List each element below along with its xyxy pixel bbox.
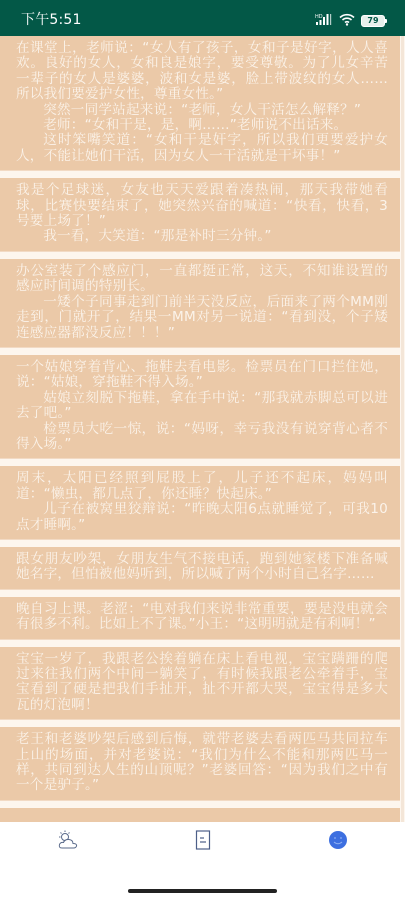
joke-paragraph: 我一看，大笑道：“那是补时三分钟。” (16, 229, 388, 244)
document-icon (195, 830, 211, 854)
wifi-icon (339, 11, 355, 30)
nav-smile[interactable] (318, 824, 358, 860)
joke-paragraph: 一个姑娘穿着背心、拖鞋去看电影。检票员在门口拦住她，说：“姑娘，穿拖鞋不得入场。… (16, 360, 388, 391)
joke-feed[interactable]: 在课堂上，老师说：“女人有了孩子，女和子是好字，人人喜欢。良好的女人，女和良是娘… (0, 36, 405, 822)
joke-card[interactable]: 宝宝一岁了，我跟老公挨着躺在床上看电视，宝宝蹒跚的爬过来往我们两个中间一躺笑了，… (0, 647, 400, 721)
battery-icon: 79 (361, 15, 385, 27)
weather-icon (57, 830, 79, 854)
joke-paragraph: 突然一同学站起来说：“老师，女人干活怎么解释？” (16, 103, 388, 118)
svg-text:HD: HD (315, 14, 323, 20)
joke-paragraph: 在课堂上，老师说：“女人有了孩子，女和子是好字，人人喜欢。良好的女人，女和良是娘… (16, 41, 388, 103)
nav-weather[interactable] (48, 824, 88, 860)
joke-card[interactable]: 一个姑娘穿着背心、拖鞋去看电影。检票员在门口拦住她，说：“姑娘，穿拖鞋不得入场。… (0, 355, 400, 459)
joke-paragraph: 检票员大吃一惊，说：“妈呀，幸亏我没有说穿背心者不得入场。” (16, 422, 388, 453)
joke-paragraph: 老王和老婆吵架后感到后悔，就带老婆去看两匹马共同拉车上山的场面，并对老婆说：“我… (16, 732, 388, 794)
joke-paragraph: 跟女朋友吵架，女朋友生气不接电话，跑到她家楼下准备喊她名字，但怕被他妈听到，所以… (16, 552, 388, 583)
joke-card[interactable]: 周末，太阳已经照到屁股上了，儿子还不起床，妈妈叫道：“懒虫，都几点了，你还睡？快… (0, 466, 400, 540)
joke-card[interactable]: 在课堂上，老师说：“女人有了孩子，女和子是好字，人人喜欢。良好的女人，女和良是娘… (0, 36, 400, 171)
joke-card[interactable]: 跟女朋友吵架，女朋友生气不接电话，跑到她家楼下准备喊她名字，但怕被他妈听到，所以… (0, 547, 400, 590)
joke-paragraph: 我是个足球迷，女友也天天爱跟着凑热闹，那天我带她看球，比赛快要结束了，她突然兴奋… (16, 183, 388, 229)
joke-paragraph: 宝宝一岁了，我跟老公挨着躺在床上看电视，宝宝蹒跚的爬过来往我们两个中间一躺笑了，… (16, 652, 388, 714)
signal-icon: HD (315, 11, 333, 30)
joke-paragraph: 一矮个子同事走到门前半天没反应，后面来了两个MM刚走到，门就开了，结果一MM对另… (16, 295, 388, 341)
joke-paragraph: 这时笨嘴笑道：“女和干是奸字，所以我们更要爱护女人，不能让她们干活，因为女人一干… (16, 133, 388, 164)
status-time: 下午5:51 (21, 9, 82, 29)
joke-paragraph: 晚自习上课。老涩：“电对我们来说非常重要，要是没电就会有很多不利。比如上不了课。… (16, 602, 388, 633)
scrollbar[interactable] (401, 36, 404, 822)
status-icons: HD 79 (315, 11, 385, 30)
bottom-nav (0, 822, 405, 862)
joke-paragraph: 姑娘立刻脱下拖鞋，拿在手中说：“那我就赤脚总可以进去了吧。” (16, 391, 388, 422)
smile-icon (328, 830, 348, 854)
status-bar: 下午5:51 HD 79 (0, 0, 405, 36)
joke-paragraph: 周末，太阳已经照到屁股上了，儿子还不起床，妈妈叫道：“懒虫，都几点了，你还睡？快… (16, 471, 388, 502)
joke-card[interactable]: 老王和老婆吵架后感到后悔，就带老婆去看两匹马共同拉车上山的场面，并对老婆说：“我… (0, 727, 400, 801)
nav-document[interactable] (183, 824, 223, 860)
joke-paragraph: 儿子在被窝里狡辩说：“昨晚太阳6点就睡觉了，可我10点才睡啊。” (16, 502, 388, 533)
home-indicator[interactable] (128, 889, 277, 893)
joke-card[interactable]: 我是个足球迷，女友也天天爱跟着凑热闹，那天我带她看球，比赛快要结束了，她突然兴奋… (0, 178, 400, 252)
joke-card[interactable]: 办公室装了个感应门，一直都挺正常，这天，不知谁设置的感应时间调的特别长。 一矮个… (0, 259, 400, 348)
joke-card[interactable] (0, 808, 400, 822)
joke-card[interactable]: 晚自习上课。老涩：“电对我们来说非常重要，要是没电就会有很多不利。比如上不了课。… (0, 597, 400, 640)
joke-paragraph: 办公室装了个感应门，一直都挺正常，这天，不知谁设置的感应时间调的特别长。 (16, 264, 388, 295)
